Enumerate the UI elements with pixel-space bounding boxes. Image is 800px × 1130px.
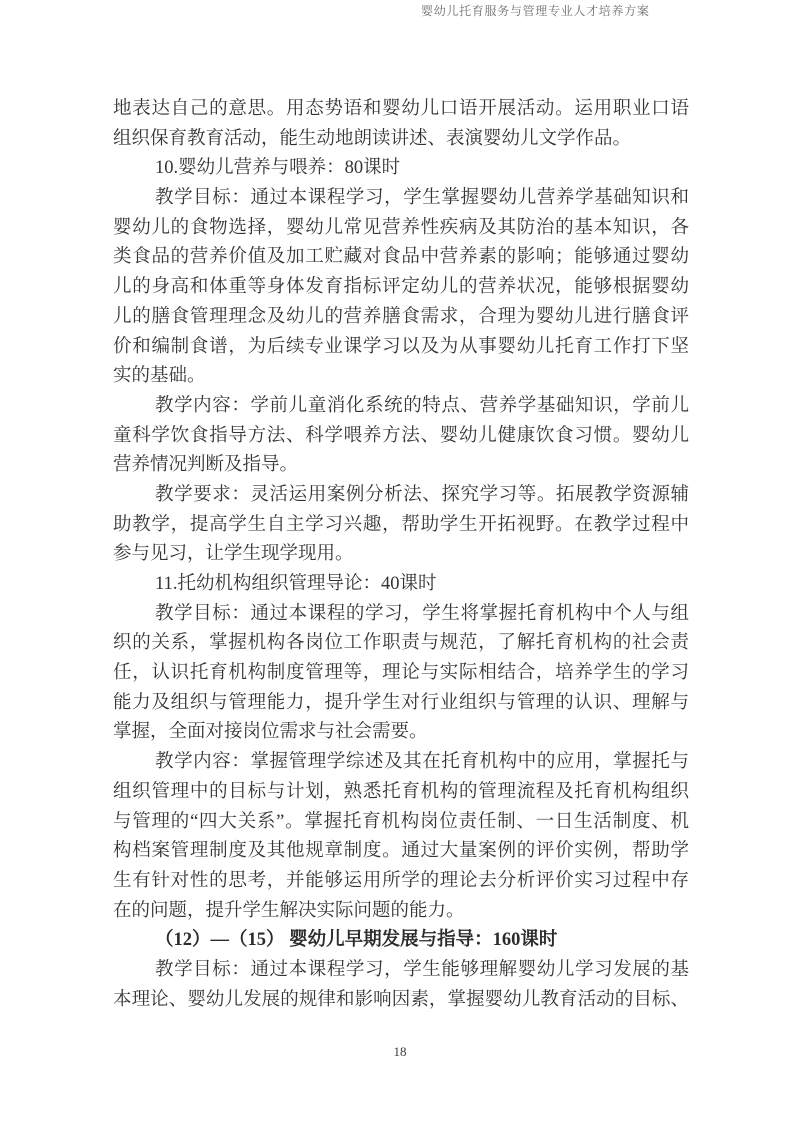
body-line: 类食品的营养价值及加工贮藏对食品中营养素的影响；能够通过婴幼 (113, 243, 689, 273)
body-line: 教学目标：通过本课程学习，学生掌握婴幼儿营养学基础知识和 (113, 184, 689, 214)
course-12-15-heading: （12）—（15） 婴幼儿早期发展与指导：160课时 (113, 926, 689, 956)
body-line: 组织保育教育活动，能生动地朗读讲述、表演婴幼儿文学作品。 (113, 125, 689, 155)
body-line: 实的基础。 (113, 362, 689, 392)
document-body: 地表达自己的意思。用态势语和婴幼儿口语开展活动。运用职业口语 组织保育教育活动，… (113, 95, 689, 1015)
course-11-heading: 11.托幼机构组织管理导论：40课时 (113, 570, 689, 600)
body-line: 任，认识托育机构制度管理等，理论与实际相结合，培养学生的学习 (113, 659, 689, 689)
body-line: 教学目标：通过本课程的学习，学生将掌握托育机构中个人与组 (113, 600, 689, 630)
body-line: 儿的膳食管理理念及幼儿的营养膳食需求，合理为婴幼儿进行膳食评 (113, 303, 689, 333)
body-line: 生有针对性的思考，并能够运用所学的理论去分析评价实习过程中存 (113, 867, 689, 897)
body-line: 营养情况判断及指导。 (113, 451, 689, 481)
body-line: 教学要求：灵活运用案例分析法、探究学习等。拓展教学资源辅 (113, 481, 689, 511)
body-line: 儿的身高和体重等身体发育指标评定幼儿的营养状况，能够根据婴幼 (113, 273, 689, 303)
body-line: 掌握，全面对接岗位需求与社会需要。 (113, 718, 689, 748)
body-line: 构档案管理制度及其他规章制度。通过大量案例的评价实例，帮助学 (113, 837, 689, 867)
body-line: 助教学，提高学生自主学习兴趣，帮助学生开拓视野。在教学过程中 (113, 511, 689, 541)
page-number: 18 (0, 1044, 800, 1060)
body-line: 教学内容：学前儿童消化系统的特点、营养学基础知识，学前儿 (113, 392, 689, 422)
document-page: 婴幼儿托育服务与管理专业人才培养方案 地表达自己的意思。用态势语和婴幼儿口语开展… (0, 0, 800, 1130)
body-line: 与管理的“四大关系”。掌握托育机构岗位责任制、一日生活制度、机 (113, 808, 689, 838)
body-line: 童科学饮食指导方法、科学喂养方法、婴幼儿健康饮食习惯。婴幼儿 (113, 422, 689, 452)
body-line: 地表达自己的意思。用态势语和婴幼儿口语开展活动。运用职业口语 (113, 95, 689, 125)
body-line: 组织管理中的目标与计划，熟悉托育机构的管理流程及托育机构组织 (113, 778, 689, 808)
body-line: 教学目标：通过本课程学习，学生能够理解婴幼儿学习发展的基 (113, 956, 689, 986)
body-line: 婴幼儿的食物选择，婴幼儿常见营养性疾病及其防治的基本知识，各 (113, 214, 689, 244)
body-line: 在的问题，提升学生解决实际问题的能力。 (113, 897, 689, 927)
body-line: 价和编制食谱，为后续专业课学习以及为从事婴幼儿托育工作打下坚 (113, 333, 689, 363)
course-10-heading: 10.婴幼儿营养与喂养：80课时 (113, 154, 689, 184)
body-line: 本理论、婴幼儿发展的规律和影响因素，掌握婴幼儿教育活动的目标、 (113, 986, 689, 1016)
body-line: 教学内容：掌握管理学综述及其在托育机构中的应用，掌握托与 (113, 748, 689, 778)
body-line: 能力及组织与管理能力，提升学生对行业组织与管理的认识、理解与 (113, 689, 689, 719)
page-header-title: 婴幼儿托育服务与管理专业人才培养方案 (421, 2, 650, 19)
body-line: 参与见习，让学生现学现用。 (113, 540, 689, 570)
body-line: 织的关系，掌握机构各岗位工作职责与规范，了解托育机构的社会责 (113, 629, 689, 659)
